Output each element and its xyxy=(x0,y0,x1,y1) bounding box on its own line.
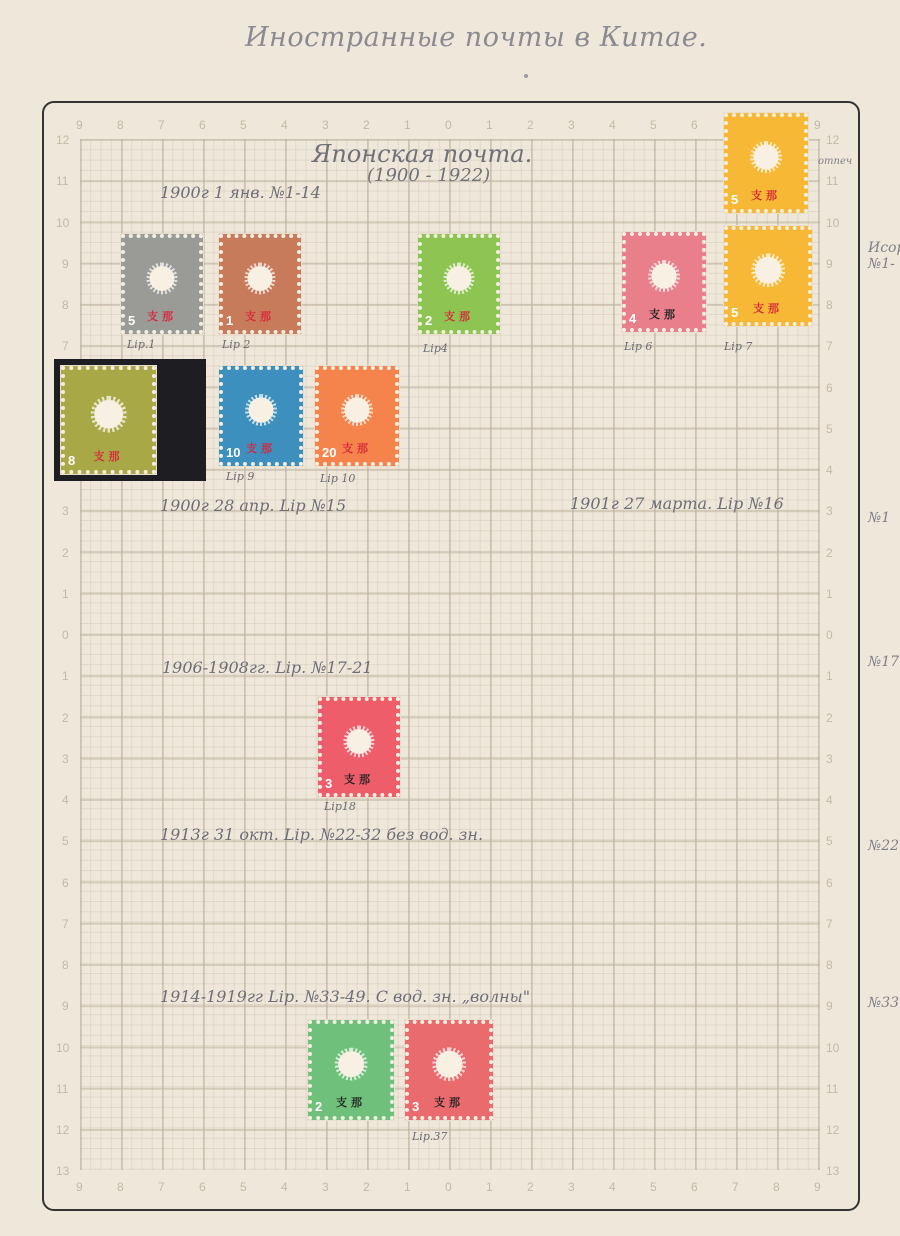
scale-top-tick: 8 xyxy=(117,118,124,132)
scale-right-tick: 0 xyxy=(826,628,833,642)
stamp: 3 支那 xyxy=(405,1020,493,1120)
stamp-label: Lip 7 xyxy=(724,340,752,353)
scale-left-tick: 5 xyxy=(62,834,69,848)
stamp-label: Lip 2 xyxy=(222,338,250,351)
scale-right-tick: 10 xyxy=(826,1041,839,1055)
scale-bottom-tick: 0 xyxy=(445,1180,452,1194)
scale-right-tick: 4 xyxy=(826,793,833,807)
stamp-label: Lip18 xyxy=(324,800,356,813)
stamp-overprint: 支那 xyxy=(626,306,702,322)
scale-right-tick: 1 xyxy=(826,669,833,683)
stamp-overprint: 支那 xyxy=(409,1094,489,1110)
scale-bottom-tick: 6 xyxy=(199,1180,206,1194)
scale-left-tick: 6 xyxy=(62,876,69,890)
scale-top-tick: 4 xyxy=(281,118,288,132)
scale-left-tick: 4 xyxy=(62,793,69,807)
chrysanthemum-icon xyxy=(335,1048,368,1081)
scale-right-tick: 5 xyxy=(826,834,833,848)
scale-top-tick: 3 xyxy=(568,118,575,132)
scale-bottom-tick: 4 xyxy=(281,1180,288,1194)
stamp: 2 支那 xyxy=(308,1020,394,1120)
scale-bottom-tick: 8 xyxy=(117,1180,124,1194)
section-note: 1900г 28 апр. Lip №15 xyxy=(160,496,346,515)
chrysanthemum-icon xyxy=(245,395,277,427)
chrysanthemum-icon xyxy=(146,263,177,294)
scale-top-tick: 4 xyxy=(609,118,616,132)
scale-bottom-tick: 1 xyxy=(404,1180,411,1194)
page-title: Иностранные почты в Китае. xyxy=(245,22,707,53)
scale-left-tick: 2 xyxy=(62,711,69,725)
scale-left-tick: 3 xyxy=(62,504,69,518)
chrysanthemum-icon xyxy=(343,726,374,757)
scale-left-tick: 1 xyxy=(62,669,69,683)
stamp-label: Lip4 xyxy=(423,342,448,355)
scale-right-tick: 2 xyxy=(826,546,833,560)
scale-bottom-tick: 6 xyxy=(691,1180,698,1194)
scale-right-tick: 12 xyxy=(826,1123,839,1137)
scale-left-tick: 9 xyxy=(62,257,69,271)
scale-right-tick: 5 xyxy=(826,422,833,436)
scale-right-tick: 6 xyxy=(826,381,833,395)
scale-bottom-tick: 3 xyxy=(568,1180,575,1194)
scale-right-tick: 8 xyxy=(826,298,833,312)
scale-left-tick: 3 xyxy=(62,752,69,766)
scale-left-tick: 10 xyxy=(56,216,69,230)
scale-left-tick: 7 xyxy=(62,917,69,931)
stamp-overprint: 支那 xyxy=(223,308,297,324)
scale-left-tick: 13 xyxy=(56,1164,69,1178)
section-note: 1900г 1 янв. №1-14 xyxy=(160,183,321,202)
stamp-overprint: 支那 xyxy=(728,187,804,203)
scale-bottom-tick: 9 xyxy=(76,1180,83,1194)
section-note: 1906-1908гг. Lip. №17-21 xyxy=(162,658,373,677)
stamp-label: Lip.1 xyxy=(127,338,155,351)
scale-top-tick: 6 xyxy=(199,118,206,132)
scale-right-tick: 6 xyxy=(826,876,833,890)
stamp: 2 支那 xyxy=(418,234,500,334)
scale-left-tick: 2 xyxy=(62,546,69,560)
scale-right-tick: 4 xyxy=(826,463,833,477)
period-label: (1900 - 1922) xyxy=(367,165,490,186)
scale-left-tick: 8 xyxy=(62,298,69,312)
scale-right-tick: 9 xyxy=(826,999,833,1013)
scale-top-tick: 2 xyxy=(363,118,370,132)
stamp: 4 支那 xyxy=(622,232,706,332)
scale-top-tick: 6 xyxy=(691,118,698,132)
stamp-overprint: 支那 xyxy=(223,440,299,456)
scale-top-tick: 5 xyxy=(650,118,657,132)
pencil-dot xyxy=(524,74,528,78)
stamp: 8 支那 xyxy=(61,366,156,474)
scale-left-tick: 10 xyxy=(56,1041,69,1055)
scale-left-tick: 9 xyxy=(62,999,69,1013)
stamp: 20 支那 xyxy=(315,366,399,466)
scale-right-tick: 3 xyxy=(826,752,833,766)
scale-left-tick: 1 xyxy=(62,587,69,601)
chrysanthemum-icon xyxy=(244,263,275,294)
scale-right-tick: 2 xyxy=(826,711,833,725)
scale-right-tick: 8 xyxy=(826,958,833,972)
margin-note: №22 xyxy=(868,838,899,854)
stamp-overprint: 支那 xyxy=(319,440,395,456)
scale-top-tick: 3 xyxy=(322,118,329,132)
scale-top-tick: 1 xyxy=(486,118,493,132)
scale-right-tick: 7 xyxy=(826,917,833,931)
scale-top-tick: 9 xyxy=(814,118,821,132)
scale-bottom-tick: 2 xyxy=(527,1180,534,1194)
section-note: 1901г 27 марта. Lip №16 xyxy=(570,494,784,513)
scale-bottom-tick: 1 xyxy=(486,1180,493,1194)
chrysanthemum-icon xyxy=(90,396,127,433)
scale-left-tick: 11 xyxy=(56,174,68,188)
chrysanthemum-icon xyxy=(432,1048,466,1082)
scale-top-tick: 1 xyxy=(404,118,411,132)
stamp-label: Lip 9 xyxy=(226,470,254,483)
scale-right-tick: 12 xyxy=(826,133,839,147)
scale-bottom-tick: 2 xyxy=(363,1180,370,1194)
scale-left-tick: 11 xyxy=(56,1082,68,1096)
scale-right-tick: 10 xyxy=(826,216,839,230)
stamp-overprint: 支那 xyxy=(422,308,496,324)
scale-top-tick: 7 xyxy=(158,118,165,132)
stamp-overprint: 支那 xyxy=(322,771,396,787)
scale-top-tick: 9 xyxy=(76,118,83,132)
stamp-overprint: 支那 xyxy=(312,1094,390,1110)
scale-bottom-tick: 3 xyxy=(322,1180,329,1194)
scale-right-tick: 13 xyxy=(826,1164,839,1178)
stamp-overprint: 支那 xyxy=(65,448,152,464)
scale-right-tick: 11 xyxy=(826,1082,838,1096)
margin-note: №17 xyxy=(868,654,899,670)
stamp: 5 支那 xyxy=(724,226,812,326)
chrysanthemum-icon xyxy=(751,254,785,288)
stamp: 10 支那 xyxy=(219,366,303,466)
scale-bottom-tick: 5 xyxy=(650,1180,657,1194)
margin-note: Исор. №1- xyxy=(868,240,900,272)
scale-right-tick: 1 xyxy=(826,587,833,601)
margin-note: №1 xyxy=(868,510,890,526)
section-heading: Японская почта. xyxy=(312,140,532,168)
scale-right-tick: 11 xyxy=(826,174,838,188)
section-note: 1914-1919гг Lip. №33-49. С вод. зн. „вол… xyxy=(160,987,530,1006)
stamp-label: Lip 10 xyxy=(320,472,355,485)
scale-left-tick: 12 xyxy=(56,133,69,147)
scale-left-tick: 8 xyxy=(62,958,69,972)
stamp: 5 支那 xyxy=(121,234,203,334)
scale-bottom-tick: 7 xyxy=(732,1180,739,1194)
chrysanthemum-icon xyxy=(750,142,782,174)
scale-right-tick: 3 xyxy=(826,504,833,518)
scale-left-tick: 7 xyxy=(62,339,69,353)
scale-left-tick: 0 xyxy=(62,628,69,642)
scale-right-tick: 9 xyxy=(826,257,833,271)
scale-bottom-tick: 4 xyxy=(609,1180,616,1194)
scale-top-tick: 0 xyxy=(445,118,452,132)
chrysanthemum-icon xyxy=(341,395,373,427)
margin-note: отпеч xyxy=(818,156,852,167)
stamp-overprint: 支那 xyxy=(125,308,199,324)
scale-top-tick: 5 xyxy=(240,118,247,132)
scale-top-tick: 2 xyxy=(527,118,534,132)
stamp-label: Lip 6 xyxy=(624,340,652,353)
chrysanthemum-icon xyxy=(648,261,680,293)
stamp-overprint: 支那 xyxy=(728,300,808,316)
scale-bottom-tick: 9 xyxy=(814,1180,821,1194)
margin-note: №33 xyxy=(868,995,899,1011)
scale-bottom-tick: 7 xyxy=(158,1180,165,1194)
stamp-label: Lip.37 xyxy=(412,1130,447,1143)
section-note: 1913г 31 окт. Lip. №22-32 без вод. зн. xyxy=(160,825,483,844)
scale-bottom-tick: 5 xyxy=(240,1180,247,1194)
scale-bottom-tick: 8 xyxy=(773,1180,780,1194)
scale-left-tick: 12 xyxy=(56,1123,69,1137)
stamp: 3 支那 xyxy=(318,697,400,797)
stamp: 5 支那 xyxy=(724,113,808,213)
scale-right-tick: 7 xyxy=(826,339,833,353)
stamp: 1 支那 xyxy=(219,234,301,334)
chrysanthemum-icon xyxy=(443,263,474,294)
